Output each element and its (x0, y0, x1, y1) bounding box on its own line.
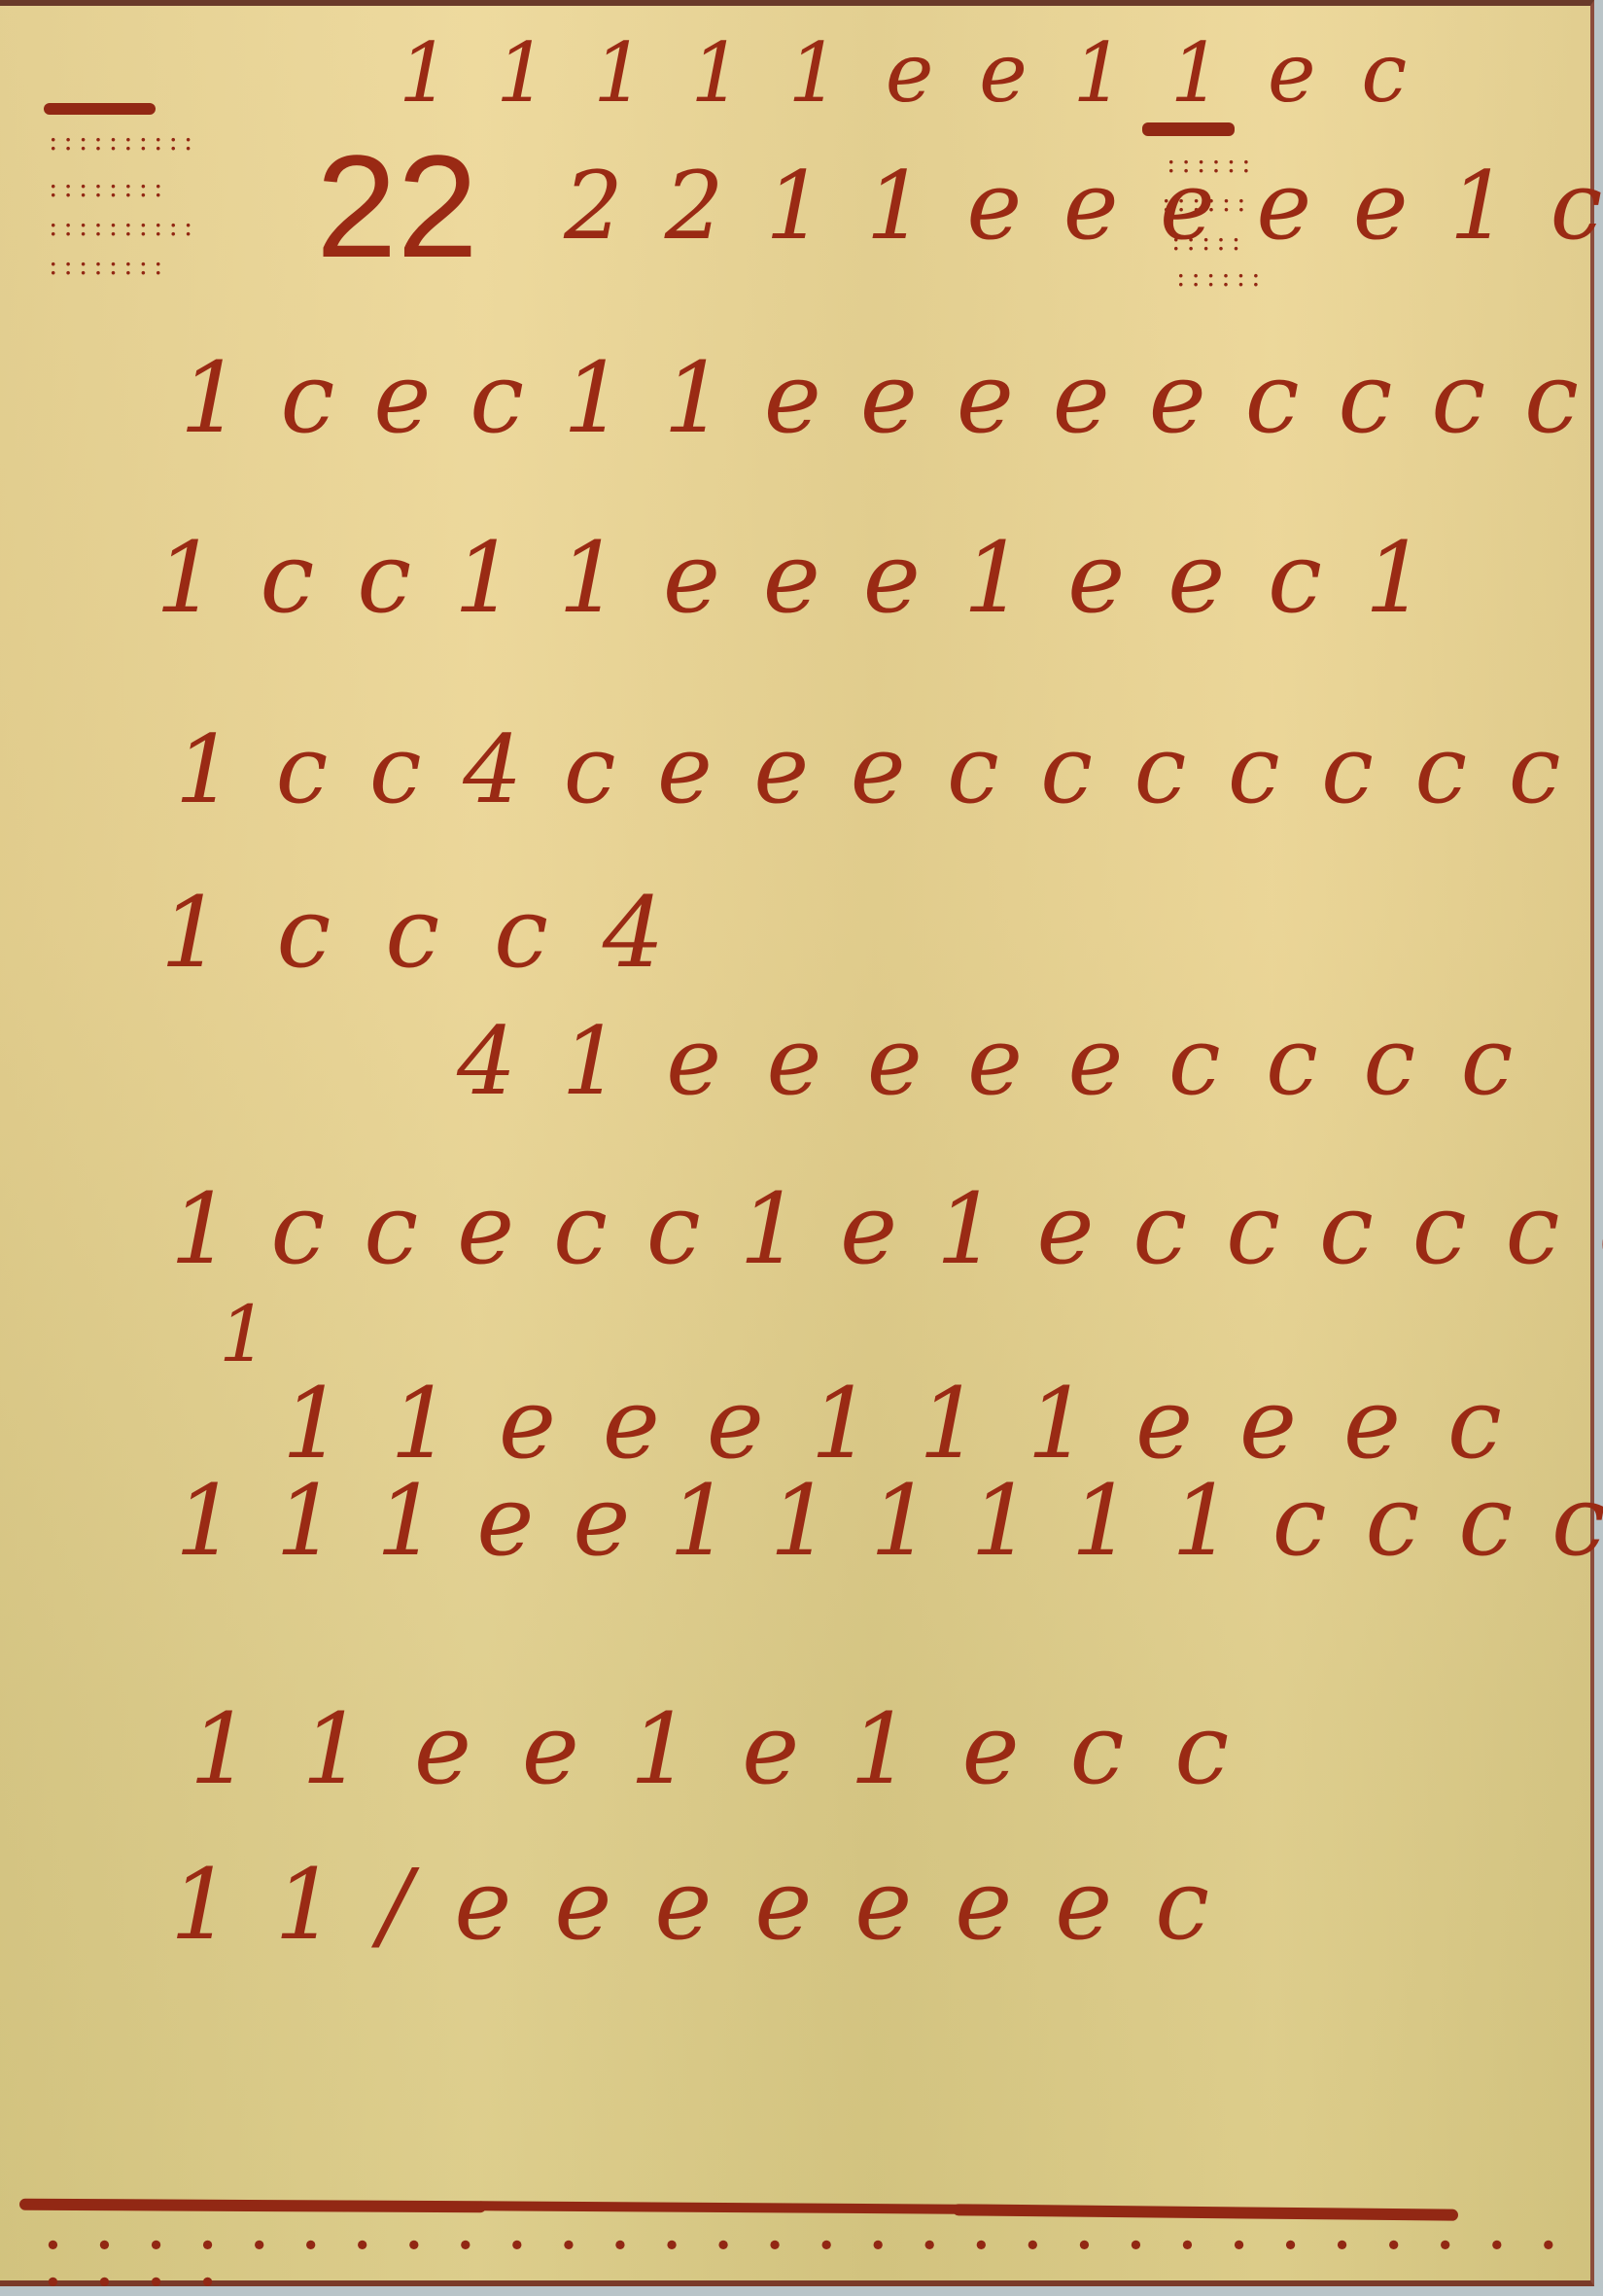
glyph-line-8: 1 (219, 1289, 282, 1379)
bottom-bar-mid (476, 2201, 962, 2213)
right-marks-row-4: :::::: (1176, 261, 1267, 293)
top-right-bar (1142, 122, 1235, 136)
left-marks-row-3: :::::::::: (49, 210, 198, 242)
painted-board: :::::::::: :::::::: :::::::::: :::::::: … (0, 0, 1594, 2286)
glyph-row-top: 1 1 1 1 1 e e 1 1 e c (399, 25, 1416, 121)
glyph-line-6: 4 1 e e e e e c c c c (457, 1007, 1520, 1116)
bottom-bar (19, 2199, 486, 2213)
glyph-line-3: 1 c c 1 1 e e e 1 e e c 1 (156, 521, 1432, 635)
left-marks-row-1: :::::::::: (49, 124, 198, 157)
glyph-line-11: 1 1 e e 1 e 1 e c c (190, 1692, 1238, 1806)
glyph-line-1: 2 2 1 1 e e e e e 1 c (564, 152, 1603, 261)
left-marks-row-4: :::::::: (49, 249, 168, 281)
left-marks-row-2: :::::::: (49, 171, 168, 203)
glyph-line-7: 1 c c e c c 1 e 1 e c c c c c c (170, 1172, 1603, 1286)
glyph-line-12: 1 1 / e e e e e e e c (170, 1848, 1215, 1962)
bottom-dots: • • • • • • • • • • • • • • • • • • • • … (44, 2227, 1590, 2296)
glyph-line-4: 1 c c 4 c e e e c c c c c c c (175, 715, 1566, 824)
headline-number: 22 (316, 122, 478, 291)
glyph-line-10: 1 1 1 e e 1 1 1 1 1 1 c c c c (175, 1464, 1603, 1578)
top-left-bar (44, 103, 156, 115)
glyph-line-2: 1 c e c 1 1 e e e e e c c c c (180, 341, 1583, 455)
glyph-line-5: 1 c c c 4 (160, 876, 676, 990)
bottom-bar-right (953, 2204, 1458, 2220)
